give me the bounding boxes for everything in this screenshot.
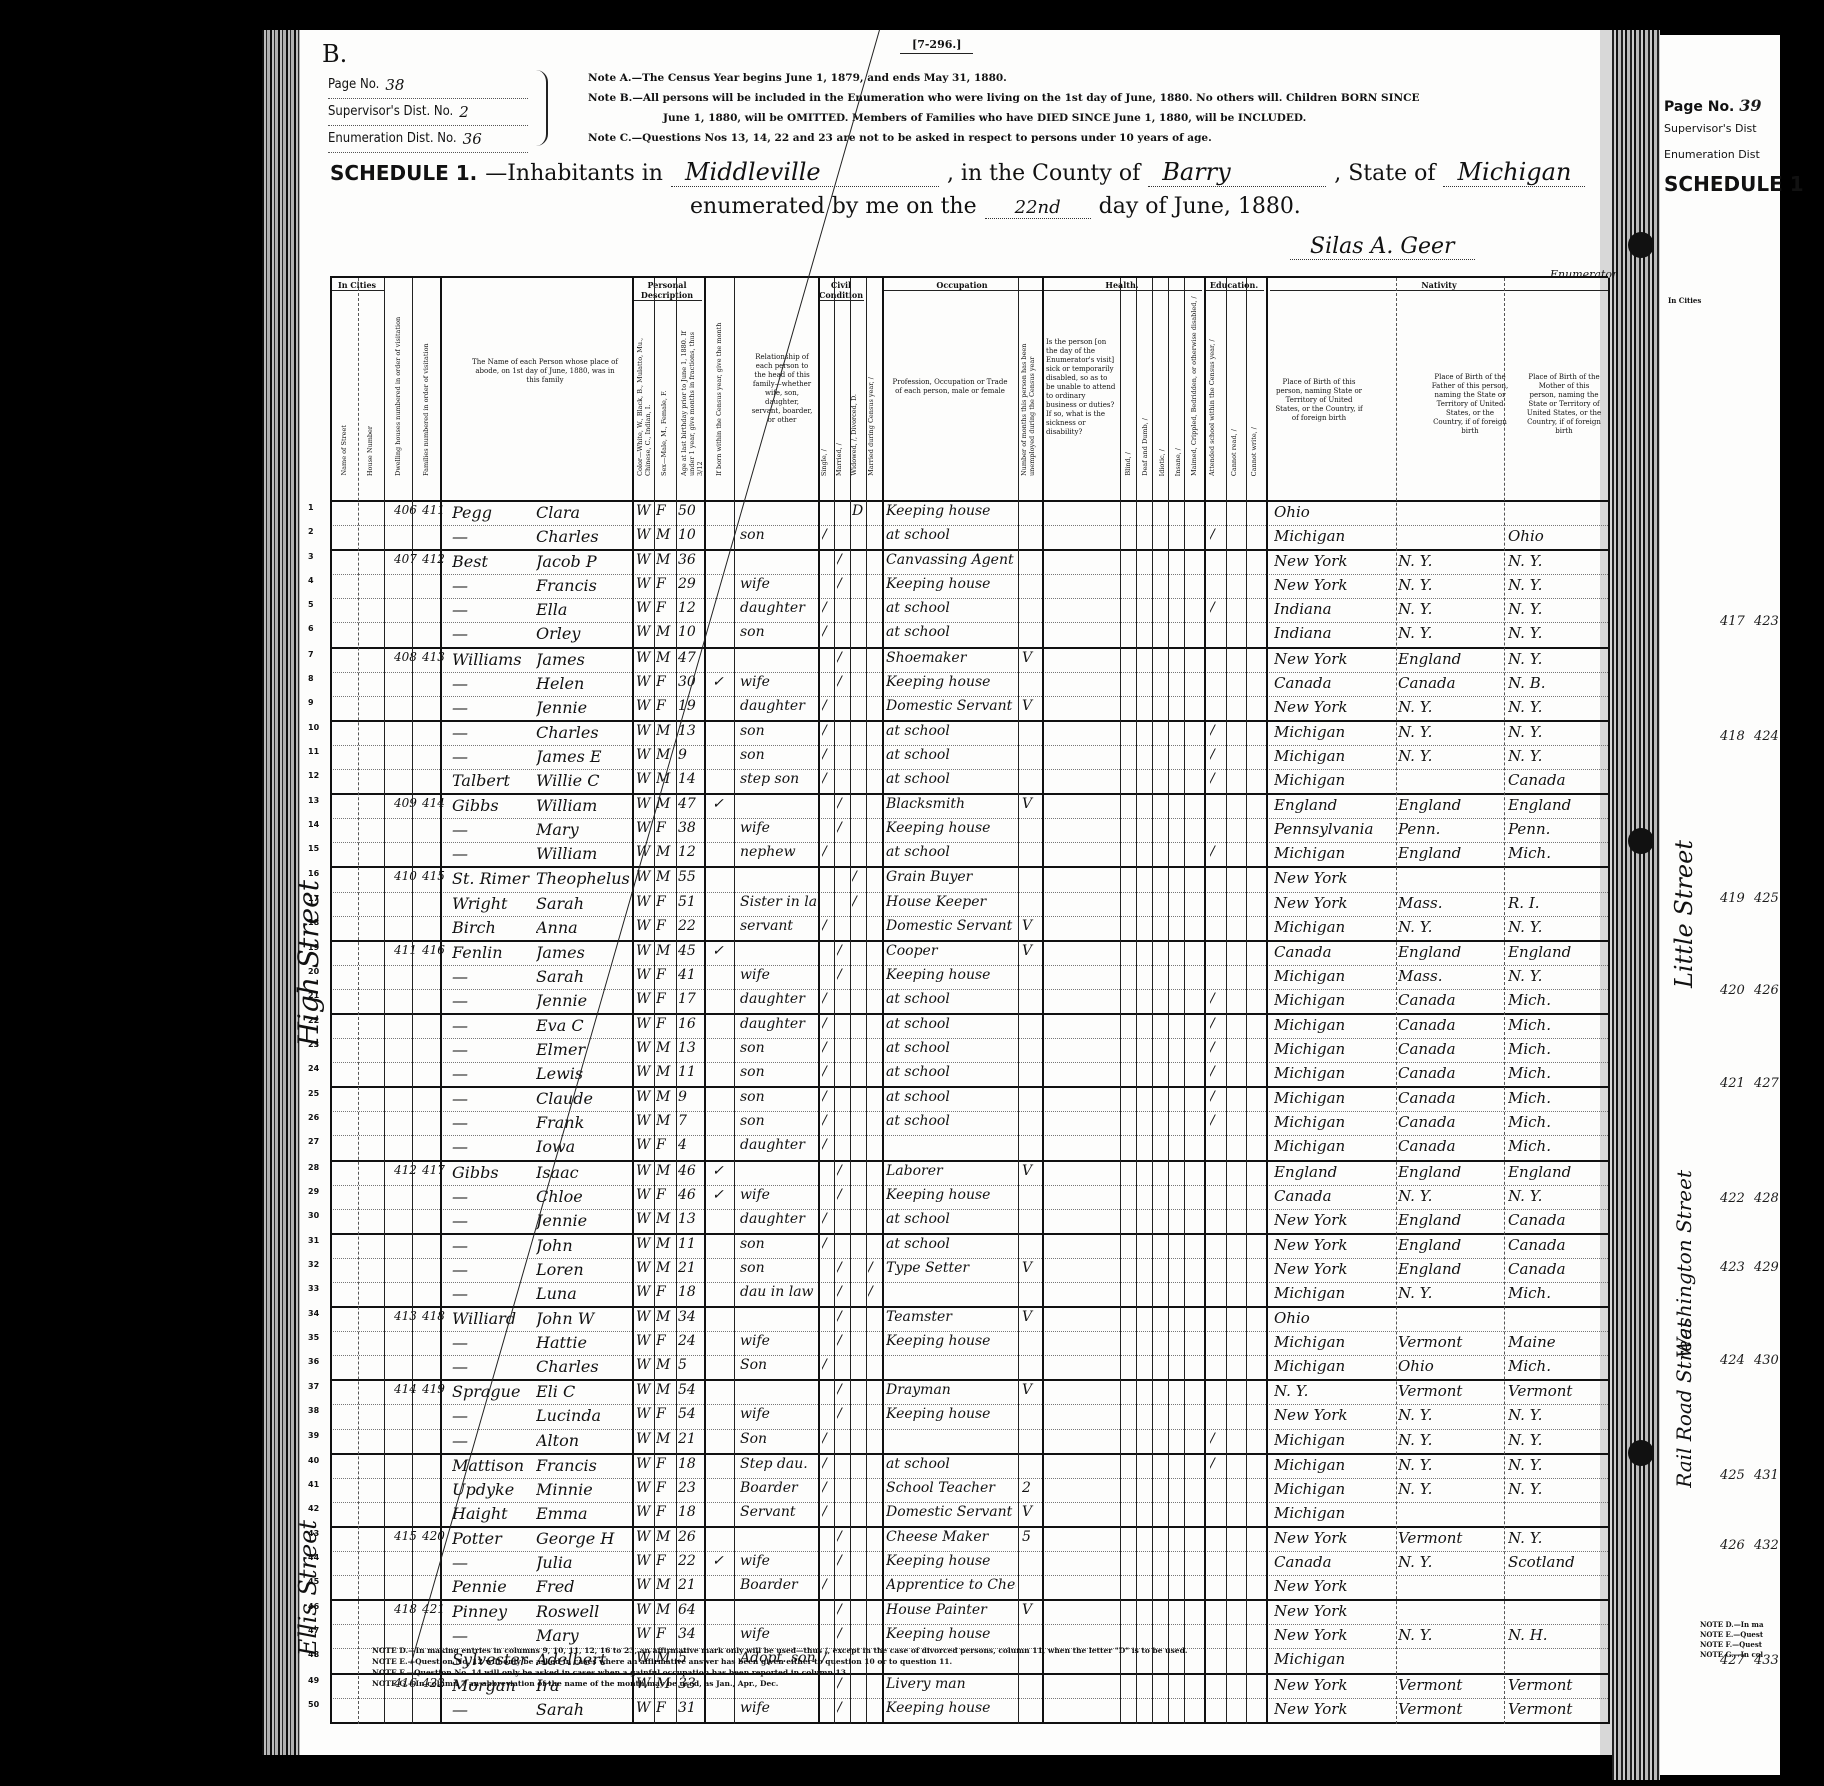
column-rule	[654, 278, 655, 1724]
line-number: 12	[308, 771, 319, 780]
sex: F	[656, 1016, 676, 1032]
line-number: 34	[308, 1309, 319, 1318]
column-rule	[704, 278, 706, 1724]
surname: —	[452, 1113, 536, 1132]
birthplace: England	[1274, 796, 1394, 814]
occupation: at school	[886, 1064, 1016, 1080]
county-value: Barry	[1148, 158, 1326, 187]
line-number: 7	[308, 650, 314, 659]
table-row: 31—JohnWM11son/at schoolNew YorkEnglandC…	[330, 1235, 1608, 1259]
surname: —	[452, 674, 536, 693]
next-supervisor-label: Supervisor's Dist	[1664, 122, 1757, 135]
surname: —	[452, 1137, 536, 1156]
sex: M	[656, 1089, 676, 1105]
birthplace: New York	[1274, 698, 1394, 716]
next-enumeration-label: Enumeration Dist	[1664, 148, 1760, 161]
age: 17	[678, 991, 702, 1007]
dwelling-number: 412	[394, 1163, 422, 1177]
occupation: Keeping house	[886, 674, 1016, 690]
sex: F	[656, 967, 676, 983]
birthplace: Ohio	[1274, 503, 1394, 521]
table-row: 39—AltonWM21Son//MichiganN. Y.N. Y.	[330, 1430, 1608, 1455]
color: W	[636, 1163, 654, 1179]
relationship: Son	[740, 1357, 818, 1373]
relationship: daughter	[740, 1016, 818, 1032]
birthplace: New York	[1274, 894, 1394, 912]
table-row: 2—CharlesWM10son/at school/MichiganOhio	[330, 526, 1608, 551]
given-name: Eva C	[536, 1016, 632, 1035]
line-number: 36	[308, 1357, 319, 1366]
given-name: Eli C	[536, 1382, 632, 1401]
relationship: Step dau.	[740, 1456, 818, 1472]
header-col-5: Sex—Male, M., Female, F.	[660, 316, 668, 476]
next-page-number: Page No. 39	[1664, 96, 1762, 115]
father-birthplace: Canada	[1398, 674, 1498, 692]
color: W	[636, 1700, 654, 1716]
father-birthplace: England	[1398, 1211, 1498, 1229]
note-c: Note C.—Questions Nos 13, 14, 22 and 23 …	[588, 128, 1588, 148]
table-row: 34413418WilliardJohn WWM34/TeamsterVOhio	[330, 1308, 1608, 1332]
color: W	[636, 1137, 654, 1153]
table-row: 19411416FenlinJamesWM45✓/CooperVCanadaEn…	[330, 942, 1608, 966]
relationship: Son	[740, 1431, 818, 1447]
father-birthplace: N. Y.	[1398, 552, 1498, 570]
next-family-number: 426	[1754, 983, 1779, 998]
surname: —	[452, 1431, 536, 1450]
header-col-9: Single, /	[820, 449, 828, 476]
attended-school-mark: /	[1210, 1040, 1226, 1056]
line-number: 2	[308, 527, 314, 536]
sex: M	[656, 527, 676, 543]
married-mark: /	[837, 820, 851, 836]
given-name: Emma	[536, 1504, 632, 1523]
line-number: 40	[308, 1456, 319, 1465]
column-rule	[1504, 278, 1505, 1724]
line-number: 24	[308, 1064, 319, 1073]
table-row: 10—CharlesWM13son/at school/MichiganN. Y…	[330, 722, 1608, 746]
age: 13	[678, 1040, 702, 1056]
birthplace: Indiana	[1274, 624, 1394, 642]
father-birthplace: N. Y.	[1398, 1626, 1498, 1644]
mother-birthplace: Maine	[1508, 1333, 1604, 1351]
dwelling-number: 406	[394, 503, 422, 517]
birthplace: New York	[1274, 1260, 1394, 1278]
color: W	[636, 1480, 654, 1496]
given-name: James	[536, 650, 632, 669]
header-col-18: Idiotic, /	[1158, 449, 1166, 476]
mother-birthplace: England	[1508, 1163, 1604, 1181]
months-unemployed: V	[1022, 1504, 1040, 1520]
given-name: Orley	[536, 624, 632, 643]
sex: M	[656, 1602, 676, 1618]
sex: F	[656, 1187, 676, 1203]
birthplace: Canada	[1274, 1187, 1394, 1205]
header-col-14: Number of months this person has been un…	[1020, 306, 1036, 476]
enumerator-signature: Silas A. Geer	[1290, 234, 1475, 260]
birthplace: Michigan	[1274, 1650, 1394, 1668]
birthplace: Michigan	[1274, 1113, 1394, 1131]
sex: M	[656, 844, 676, 860]
table-row: 12TalbertWillie CWM14step son/at school/…	[330, 770, 1608, 795]
column-rule	[384, 278, 385, 1724]
surname: —	[452, 967, 536, 986]
birthplace: Michigan	[1274, 1089, 1394, 1107]
page-number-field: Page No. 38	[328, 72, 528, 99]
father-birthplace: Canada	[1398, 1113, 1498, 1131]
occupation: Cooper	[886, 943, 1016, 959]
header-col-25: Place of Birth of the Father of this per…	[1430, 373, 1510, 436]
married-mark: /	[837, 943, 851, 959]
column-rule	[440, 278, 442, 1724]
age: 51	[678, 894, 702, 910]
mother-birthplace: N. Y.	[1508, 1456, 1604, 1474]
surname: Williard	[452, 1309, 536, 1328]
months-unemployed: V	[1022, 796, 1040, 812]
line-number: 42	[308, 1504, 319, 1513]
color: W	[636, 698, 654, 714]
birthplace: Michigan	[1274, 1480, 1394, 1498]
supervisor-district-value: 2	[459, 99, 469, 125]
mother-birthplace: Canada	[1508, 1260, 1604, 1278]
surname: —	[452, 1284, 536, 1303]
married-mark: /	[837, 1260, 851, 1276]
color: W	[636, 650, 654, 666]
birthplace: Indiana	[1274, 600, 1394, 618]
given-name: Mary	[536, 820, 632, 839]
next-family-number: 430	[1754, 1353, 1779, 1368]
sex: M	[656, 1064, 676, 1080]
center-binding	[1612, 30, 1660, 1780]
mother-birthplace: N. Y.	[1508, 552, 1604, 570]
page-metadata: Page No. 38 Supervisor's Dist. No. 2 Enu…	[328, 72, 528, 153]
relationship: son	[740, 747, 818, 763]
occupation: Keeping house	[886, 1700, 1016, 1716]
age: 11	[678, 1236, 702, 1252]
occupation: at school	[886, 1456, 1016, 1472]
table-row: 24—LewisWM11son/at school/MichiganCanada…	[330, 1063, 1608, 1088]
attended-school-mark: /	[1210, 723, 1226, 739]
family-number: 411	[422, 503, 450, 517]
line-number: 38	[308, 1406, 319, 1415]
sex: M	[656, 1236, 676, 1252]
relationship: Boarder	[740, 1480, 818, 1496]
mother-birthplace: N. Y.	[1508, 747, 1604, 765]
father-birthplace: N. Y.	[1398, 1456, 1498, 1474]
father-birthplace: Ohio	[1398, 1357, 1498, 1375]
dwelling-number: 415	[394, 1529, 422, 1543]
surname: Williams	[452, 650, 536, 669]
header-col-23: Cannot write, /	[1250, 427, 1258, 476]
married-mark: /	[837, 1602, 851, 1618]
color: W	[636, 1113, 654, 1129]
mother-birthplace: Vermont	[1508, 1700, 1604, 1718]
given-name: Jacob P	[536, 552, 632, 571]
given-name: Sarah	[536, 967, 632, 986]
occupation: Keeping house	[886, 1406, 1016, 1422]
months-unemployed: V	[1022, 1382, 1040, 1398]
table-row: 44—JuliaWF22✓wife/Keeping houseCanadaN. …	[330, 1552, 1608, 1576]
months-unemployed: V	[1022, 1309, 1040, 1325]
schedule-label: SCHEDULE 1.	[330, 161, 477, 185]
surname: —	[452, 820, 536, 839]
birthplace: New York	[1274, 1700, 1394, 1718]
birthplace: Michigan	[1274, 1137, 1394, 1155]
table-row: 5—EllaWF12daughter/at school/IndianaN. Y…	[330, 599, 1608, 623]
birthplace: Michigan	[1274, 723, 1394, 741]
birthplace: Canada	[1274, 943, 1394, 961]
occupation: Drayman	[886, 1382, 1016, 1398]
sex: F	[656, 820, 676, 836]
next-dwelling-number: 421	[1720, 1076, 1745, 1091]
line-number: 1	[308, 503, 314, 512]
table-row: 41UpdykeMinnieWF23Boarder/School Teacher…	[330, 1479, 1608, 1503]
attended-school-mark: /	[1210, 1089, 1226, 1105]
attended-school-mark: /	[1210, 991, 1226, 1007]
table-row: 38—LucindaWF54wife/Keeping houseNew York…	[330, 1405, 1608, 1429]
header-col-11: Widowed, /, Divorced, D.	[850, 394, 858, 476]
color: W	[636, 869, 654, 885]
birthplace: Michigan	[1274, 991, 1394, 1009]
age: 50	[678, 503, 702, 519]
relationship: son	[740, 1113, 818, 1129]
supervisor-district-field: Supervisor's Dist. No. 2	[328, 99, 528, 126]
family-number: 419	[422, 1382, 450, 1396]
married-mark: /	[837, 1187, 851, 1203]
attended-school-mark: /	[1210, 747, 1226, 763]
father-birthplace: N. Y.	[1398, 698, 1498, 716]
color: W	[636, 1431, 654, 1447]
born-in-year: ✓	[712, 796, 736, 812]
father-birthplace: N. Y.	[1398, 624, 1498, 642]
surname: —	[452, 1064, 536, 1083]
birthplace: Michigan	[1274, 1333, 1394, 1351]
birthplace: New York	[1274, 1577, 1394, 1595]
table-row: 8—HelenWF30✓wife/Keeping houseCanadaCana…	[330, 673, 1608, 697]
header-col-3: The Name of each Person whose place of a…	[470, 358, 620, 385]
color: W	[636, 1577, 654, 1593]
table-row: 28412417GibbsIsaacWM46✓/LaborerVEnglandE…	[330, 1162, 1608, 1186]
street-label-ellis: Ellis Street	[294, 1520, 322, 1656]
father-birthplace: Vermont	[1398, 1676, 1498, 1694]
mother-birthplace: N. Y.	[1508, 600, 1604, 618]
next-dwelling-number: 417	[1720, 614, 1745, 629]
schedule-title: SCHEDULE 1. —Inhabitants in Middleville …	[330, 158, 1585, 187]
line-number: 26	[308, 1113, 319, 1122]
sex: F	[656, 1333, 676, 1349]
occupation: Shoemaker	[886, 650, 1016, 666]
father-birthplace: Vermont	[1398, 1382, 1498, 1400]
relationship: wife	[740, 1700, 818, 1716]
father-birthplace: N. Y.	[1398, 576, 1498, 594]
relationship: wife	[740, 820, 818, 836]
father-birthplace: N. Y.	[1398, 600, 1498, 618]
column-rule	[1246, 278, 1247, 1724]
line-number: 14	[308, 820, 319, 829]
column-rule	[1608, 278, 1610, 1724]
sex: M	[656, 1211, 676, 1227]
age: 36	[678, 552, 702, 568]
column-rule	[1226, 278, 1227, 1724]
age: 46	[678, 1163, 702, 1179]
relationship: wife	[740, 1187, 818, 1203]
color: W	[636, 674, 654, 690]
surname: —	[452, 600, 536, 619]
father-birthplace: England	[1398, 943, 1498, 961]
dwelling-number: 407	[394, 552, 422, 566]
sex: M	[656, 1382, 676, 1398]
sex: M	[656, 650, 676, 666]
header-col-16: Blind, /	[1124, 452, 1132, 476]
header-civil: Civil Condition	[818, 280, 864, 301]
table-row: 50—SarahWF31wife/Keeping houseNew YorkVe…	[330, 1699, 1608, 1724]
next-family-number: 432	[1754, 1538, 1779, 1553]
table-row: 9—JennieWF19daughter/Domestic ServantVNe…	[330, 697, 1608, 722]
birthplace: New York	[1274, 1211, 1394, 1229]
given-name: Anna	[536, 918, 632, 937]
header-col-20: Maimed, Crippled, Bedridden, or otherwis…	[1190, 296, 1198, 476]
born-in-year: ✓	[712, 1163, 736, 1179]
mother-birthplace: Mich.	[1508, 1137, 1604, 1155]
married-mark: /	[837, 1406, 851, 1422]
birthplace: Michigan	[1274, 1064, 1394, 1082]
mother-birthplace: Mich.	[1508, 1284, 1604, 1302]
header-col-17: Deaf and Dumb, /	[1141, 418, 1149, 476]
occupation: Cheese Maker	[886, 1529, 1016, 1545]
header-health: Health.	[1042, 280, 1202, 291]
dwelling-number: 413	[394, 1309, 422, 1323]
line-number: 27	[308, 1137, 319, 1146]
color: W	[636, 894, 654, 910]
occupation: Keeping house	[886, 503, 1016, 519]
given-name: Sarah	[536, 1700, 632, 1719]
married-mark: /	[837, 1553, 851, 1569]
mother-birthplace: N. Y.	[1508, 1529, 1604, 1547]
occupation: Domestic Servant	[886, 918, 1016, 934]
table-row: 1406411PeggClaraWF50DKeeping houseOhio	[330, 502, 1608, 526]
color: W	[636, 1382, 654, 1398]
table-row: 17WrightSarahWF51Sister in law/House Kee…	[330, 893, 1608, 917]
relationship: daughter	[740, 1137, 818, 1153]
mother-birthplace: Mich.	[1508, 1064, 1604, 1082]
occupation: Domestic Servant	[886, 1504, 1016, 1520]
line-number: 4	[308, 576, 314, 585]
surname: —	[452, 527, 536, 546]
birthplace: Michigan	[1274, 1040, 1394, 1058]
father-birthplace: Mass.	[1398, 967, 1498, 985]
column-rule	[1396, 278, 1397, 1724]
married-mark: /	[837, 1529, 851, 1545]
next-dwelling-number: 418	[1720, 729, 1745, 744]
mother-birthplace: N. Y.	[1508, 1406, 1604, 1424]
table-row: 26—FrankWM7son/at school/MichiganCanadaM…	[330, 1112, 1608, 1136]
dwelling-number: 408	[394, 650, 422, 664]
relationship: son	[740, 1260, 818, 1276]
age: 18	[678, 1284, 702, 1300]
birthplace: Canada	[1274, 1553, 1394, 1571]
sex: F	[656, 1284, 676, 1300]
age: 22	[678, 918, 702, 934]
note-b: Note B.—All persons will be included in …	[588, 88, 1588, 108]
given-name: Julia	[536, 1553, 632, 1572]
father-birthplace: England	[1398, 650, 1498, 668]
surname: Birch	[452, 918, 536, 937]
line-number: 15	[308, 844, 319, 853]
surname: Wright	[452, 894, 536, 913]
instruction-notes: Note A.—The Census Year begins June 1, 1…	[588, 68, 1588, 148]
married-census-year-mark: /	[868, 1284, 882, 1300]
line-number: 35	[308, 1333, 319, 1342]
father-birthplace: N. Y.	[1398, 1284, 1498, 1302]
age: 16	[678, 1016, 702, 1032]
line-number: 41	[308, 1480, 319, 1489]
footnote-f: NOTE F.—Question No. 14 will only be ask…	[372, 1667, 1187, 1678]
given-name: Iowa	[536, 1137, 632, 1156]
father-birthplace: England	[1398, 844, 1498, 862]
born-in-year: ✓	[712, 674, 736, 690]
occupation: House Painter	[886, 1602, 1016, 1618]
birthplace: Michigan	[1274, 967, 1394, 985]
next-dwelling-number: 425	[1720, 1468, 1745, 1483]
next-family-number: 427	[1754, 1076, 1779, 1091]
header-col-19: Insane, /	[1174, 448, 1182, 476]
family-number: 415	[422, 869, 450, 883]
mother-birthplace: N. B.	[1508, 674, 1604, 692]
given-name: Chloe	[536, 1187, 632, 1206]
sex: F	[656, 1626, 676, 1642]
line-number: 8	[308, 674, 314, 683]
line-number: 50	[308, 1700, 319, 1709]
table-row: 40MattisonFrancisWF18Step dau./at school…	[330, 1455, 1608, 1479]
relationship: son	[740, 624, 818, 640]
birthplace: Michigan	[1274, 1431, 1394, 1449]
married-mark: /	[837, 1333, 851, 1349]
table-row: 13409414GibbsWilliamWM47✓/BlacksmithVEng…	[330, 795, 1608, 819]
color: W	[636, 1236, 654, 1252]
dwelling-number: 418	[394, 1602, 422, 1616]
binding-ring-icon	[1628, 828, 1654, 854]
table-row: 46418421PinneyRoswellWM64/House PainterV…	[330, 1601, 1608, 1625]
table-row: 4—FrancisWF29wife/Keeping houseNew YorkN…	[330, 575, 1608, 599]
age: 21	[678, 1260, 702, 1276]
header-col-22: Cannot read, /	[1230, 429, 1238, 476]
header-col-12: Married during Census year, /	[867, 377, 875, 476]
page-number-value: 38	[385, 72, 404, 98]
line-number: 25	[308, 1089, 319, 1098]
occupation: Keeping house	[886, 1626, 1016, 1642]
color: W	[636, 576, 654, 592]
line-number: 6	[308, 624, 314, 633]
age: 4	[678, 1137, 702, 1153]
next-dwelling-number: 426	[1720, 1538, 1745, 1553]
age: 7	[678, 1113, 702, 1129]
footnote-g: NOTE G.—In column 7 an abbreviation of t…	[372, 1678, 1187, 1689]
birthplace: Pennsylvania	[1274, 820, 1394, 838]
age: 22	[678, 1553, 702, 1569]
father-birthplace: N. Y.	[1398, 1406, 1498, 1424]
relationship: son	[740, 1040, 818, 1056]
table-row: 43415420PotterGeorge HWM26/Cheese Maker5…	[330, 1528, 1608, 1552]
attended-school-mark: /	[1210, 844, 1226, 860]
column-rule	[818, 278, 820, 1724]
given-name: John W	[536, 1309, 632, 1328]
line-number: 10	[308, 723, 319, 732]
color: W	[636, 1016, 654, 1032]
age: 21	[678, 1577, 702, 1593]
color: W	[636, 1333, 654, 1349]
color: W	[636, 1211, 654, 1227]
sex: F	[656, 1137, 676, 1153]
surname: —	[452, 1236, 536, 1255]
